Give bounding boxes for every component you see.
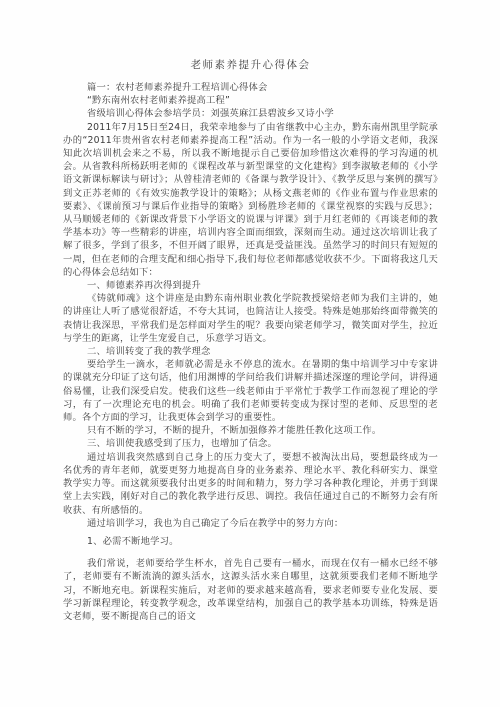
paragraph: 只有不断的学习，不断的提升，不断加强修养才能胜任教化这项工作。 [63, 424, 438, 437]
paragraph: 通过培训我突然感到自己身上的压力变大了，要想不被淘汰出局，要想最终成为一名优秀的… [63, 451, 438, 517]
paragraph: 我们常说，老师要给学生杯水，首先自己要有一桶水，而现在仅有一桶水已经不够了，老师… [63, 557, 438, 623]
paragraph: 篇一：农村老师素养提升工程培训心得体会 [63, 81, 438, 94]
paragraph: 省级培训心得体会参培学员：刘强英麻江县碧波乡又诗小学 [63, 107, 438, 120]
document-body: 篇一：农村老师素养提升工程培训心得体会“黔东南州农村老师素养提高工程”省级培训心… [63, 81, 438, 623]
paragraph: 一、师德素养再次得到提升 [63, 279, 438, 292]
paragraph: 《铸就师魂》这个讲座是由黔东南州职业教化学院教授梁焙老师为我们主讲的，她的讲座让… [63, 292, 438, 345]
paragraph: 要给学生一滴水，老师就必需是永不停息的流水。在暑期的集中培训学习中专家讲的课就充… [63, 358, 438, 424]
paragraph: 通过培训学习，我也为自己确定了今后在教学中的努力方向： [63, 517, 438, 530]
paragraph: 1、必需不断地学习。 [63, 535, 438, 548]
paragraph: 2011年7月15日至24日，我荣幸地参与了由省继教中心主办，黔东南州凯里学院承… [63, 121, 438, 279]
paragraph: “黔东南州农村老师素养提高工程” [63, 94, 438, 107]
paragraph: 二、培训转变了我的教学理念 [63, 345, 438, 358]
document-page: 老师素养提升心得体会 篇一：农村老师素养提升工程培训心得体会“黔东南州农村老师素… [0, 0, 500, 707]
document-title: 老师素养提升心得体会 [63, 58, 438, 72]
paragraph: 三、培训使我感受到了压力，也增加了信念。 [63, 437, 438, 450]
